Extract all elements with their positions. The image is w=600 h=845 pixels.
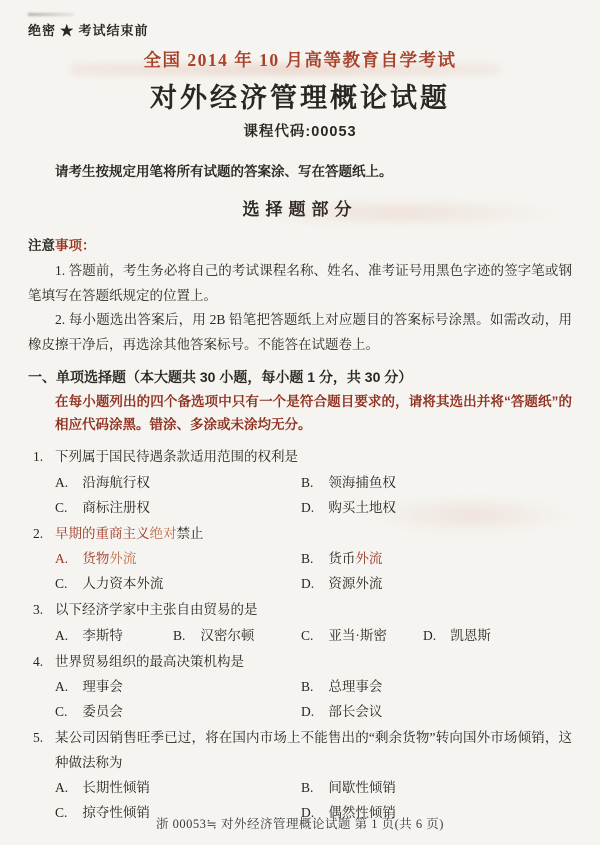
option: B. 间歇性倾销 xyxy=(301,775,572,800)
text-segment: 总理事会 xyxy=(328,679,382,694)
option-label: A. xyxy=(55,674,79,699)
text-segment: 李斯特 xyxy=(82,628,123,643)
option-label: A. xyxy=(55,623,79,648)
question-options: A. 李斯特B. 汉密尔顿C. 亚当·斯密D. 凯恩斯 xyxy=(55,623,572,648)
option-text: 亚当·斯密 xyxy=(328,628,387,643)
option-text: 人力资本外流 xyxy=(82,576,163,591)
question: 4. 世界贸易组织的最高决策机构是 A. 理事会B. 总理事会C. 委员会D. … xyxy=(28,650,572,725)
option: A. 长期性倾销 xyxy=(55,775,301,800)
option: A. 沿海航行权 xyxy=(55,470,301,495)
question-number: 1. xyxy=(33,445,43,470)
option-label: B. xyxy=(301,470,325,495)
option-text: 领海捕鱼权 xyxy=(328,475,396,490)
text-segment: 凯恩斯 xyxy=(450,628,491,643)
paper-title: 对外经济管理概论试题 xyxy=(28,76,572,115)
question: 5. 某公司因销售旺季已过，将在国内市场上不能售出的“剩余货物”转向国外市场倾销… xyxy=(28,726,572,825)
general-instruction: 请考生按规定用笔将所有试题的答案涂、写在答题纸上。 xyxy=(28,160,572,180)
section-one-instruction: 在每小题列出的四个备选项中只有一个是符合题目要求的，请将其选出并将“答题纸”的相… xyxy=(55,390,572,436)
exam-paper-page: 绝密 ★ 考试结束前 全国 2014 年 10 月高等教育自学考试 对外经济管理… xyxy=(0,0,600,845)
text-segment: 外流 xyxy=(355,551,382,566)
question-stem: 世界贸易组织的最高决策机构是 xyxy=(55,650,572,675)
option: B. 总理事会 xyxy=(301,674,572,699)
text-segment: 外流 xyxy=(109,551,136,566)
course-code: 课程代码:00053 xyxy=(28,120,572,141)
text-segment: 世界贸易组织的最高决策机构是 xyxy=(55,654,244,669)
option: A. 理事会 xyxy=(55,674,301,699)
option-text: 汉密尔顿 xyxy=(200,628,254,643)
option: B. 领海捕鱼权 xyxy=(301,470,572,495)
exam-session-title: 全国 2014 年 10 月高等教育自学考试 xyxy=(28,47,572,72)
security-notice: 绝密 ★ 考试结束前 xyxy=(28,20,572,39)
option-label: C. xyxy=(55,571,79,596)
option: A. 李斯特 xyxy=(55,623,173,648)
option-text: 长期性倾销 xyxy=(82,780,150,795)
question-options: A. 货物外流B. 货币外流C. 人力资本外流D. 资源外流 xyxy=(55,546,572,596)
option-label: B. xyxy=(173,623,197,648)
option: C. 商标注册权 xyxy=(55,495,301,520)
option: D. 购买土地权 xyxy=(301,495,572,520)
option-label: D. xyxy=(301,495,325,520)
text-segment: 禁止 xyxy=(177,526,204,541)
question: 2. 早期的重商主义绝对禁止 A. 货物外流B. 货币外流C. 人力资本外流D.… xyxy=(28,522,572,597)
question-number: 5. xyxy=(33,726,43,751)
option-label: C. xyxy=(55,495,79,520)
option-text: 凯恩斯 xyxy=(450,628,491,643)
text-segment: 早期的重商主义 xyxy=(55,526,150,541)
text-segment: 某公司因销售旺季已过，将在国内市场上不能售出的“剩余货物”转向国外市场倾销，这种… xyxy=(55,730,572,770)
text-segment: 理事会 xyxy=(82,679,123,694)
notice-label: 注意事项： xyxy=(28,234,572,254)
question-options: A. 理事会B. 总理事会C. 委员会D. 部长会议 xyxy=(55,674,572,724)
text-segment: 资源外流 xyxy=(328,576,382,591)
scan-artifact xyxy=(28,13,74,16)
option-text: 李斯特 xyxy=(82,628,123,643)
notice-item: 1. 答题前，考生务必将自己的考试课程名称、姓名、准考证号用黑色字迹的签字笔或钢… xyxy=(28,259,572,308)
option-text: 货物外流 xyxy=(82,551,136,566)
option: B. 汉密尔顿 xyxy=(173,623,301,648)
option-label: D. xyxy=(301,699,325,724)
text-segment: 领海捕鱼权 xyxy=(328,475,396,490)
option-label: D. xyxy=(301,571,325,596)
option: C. 人力资本外流 xyxy=(55,571,301,596)
option-text: 间歇性倾销 xyxy=(328,780,396,795)
text-segment: 购买土地权 xyxy=(328,500,396,515)
question-stem: 以下经济学家中主张自由贸易的是 xyxy=(55,598,572,623)
option-label: A. xyxy=(55,775,79,800)
option-text: 理事会 xyxy=(82,679,123,694)
text-segment: 货币 xyxy=(328,551,355,566)
notice-item: 2. 每小题选出答案后，用 2B 铅笔把答题纸上对应题目的答案标号涂黑。如需改动… xyxy=(28,308,572,357)
option: D. 凯恩斯 xyxy=(423,623,572,648)
option: A. 货物外流 xyxy=(55,546,301,571)
option-text: 商标注册权 xyxy=(82,500,150,515)
option-label: A. xyxy=(55,470,79,495)
option: C. 亚当·斯密 xyxy=(301,623,423,648)
page-footer: 浙 00053≒ 对外经济管理概论试题 第 1 页(共 6 页) xyxy=(0,814,600,832)
option-text: 货币外流 xyxy=(328,551,382,566)
text-segment: 货物 xyxy=(82,551,109,566)
option-label: C. xyxy=(301,623,325,648)
notice-label-black: 注意 xyxy=(28,238,55,253)
option-text: 部长会议 xyxy=(328,704,382,719)
question-number: 3. xyxy=(33,598,43,623)
option-label: C. xyxy=(55,699,79,724)
option-text: 沿海航行权 xyxy=(82,475,150,490)
question-stem: 早期的重商主义绝对禁止 xyxy=(55,522,572,547)
part-title: 选择题部分 xyxy=(28,195,572,220)
text-segment: 下列属于国民待遇条款适用范围的权利是 xyxy=(55,449,298,464)
text-segment: 沿海航行权 xyxy=(82,475,150,490)
option-label: B. xyxy=(301,674,325,699)
question-options: A. 沿海航行权B. 领海捕鱼权C. 商标注册权D. 购买土地权 xyxy=(55,470,572,520)
text-segment: 汉密尔顿 xyxy=(200,628,254,643)
section-one-heading: 一、单项选择题（本大题共 30 小题，每小题 1 分，共 30 分） xyxy=(28,367,572,387)
option-text: 委员会 xyxy=(82,704,123,719)
option-label: D. xyxy=(423,623,447,648)
question-number: 4. xyxy=(33,650,43,675)
question: 3. 以下经济学家中主张自由贸易的是 A. 李斯特B. 汉密尔顿C. 亚当·斯密… xyxy=(28,598,572,648)
text-segment: 间歇性倾销 xyxy=(328,780,396,795)
text-segment: 部长会议 xyxy=(328,704,382,719)
text-segment: 商标注册权 xyxy=(82,500,150,515)
question-number: 2. xyxy=(33,522,43,547)
text-segment: 绝对 xyxy=(150,526,177,541)
option: D. 资源外流 xyxy=(301,571,572,596)
option-label: B. xyxy=(301,546,325,571)
question-stem: 某公司因销售旺季已过，将在国内市场上不能售出的“剩余货物”转向国外市场倾销，这种… xyxy=(55,726,572,775)
text-segment: 委员会 xyxy=(82,704,123,719)
notice-label-red: 事项： xyxy=(55,238,96,253)
option: C. 委员会 xyxy=(55,699,301,724)
option: D. 部长会议 xyxy=(301,699,572,724)
text-segment: 亚当·斯密 xyxy=(328,628,387,643)
option-text: 资源外流 xyxy=(328,576,382,591)
question: 1. 下列属于国民待遇条款适用范围的权利是 A. 沿海航行权B. 领海捕鱼权C.… xyxy=(28,445,572,520)
text-segment: 以下经济学家中主张自由贸易的是 xyxy=(55,602,258,617)
question-list: 1. 下列属于国民待遇条款适用范围的权利是 A. 沿海航行权B. 领海捕鱼权C.… xyxy=(28,445,572,825)
option-text: 购买土地权 xyxy=(328,500,396,515)
option-text: 总理事会 xyxy=(328,679,382,694)
notice-list: 1. 答题前，考生务必将自己的考试课程名称、姓名、准考证号用黑色字迹的签字笔或钢… xyxy=(28,259,572,357)
option: B. 货币外流 xyxy=(301,546,572,571)
option-label: B. xyxy=(301,775,325,800)
text-segment: 长期性倾销 xyxy=(82,780,150,795)
text-segment: 人力资本外流 xyxy=(82,576,163,591)
question-stem: 下列属于国民待遇条款适用范围的权利是 xyxy=(55,445,572,470)
option-label: A. xyxy=(55,546,79,571)
